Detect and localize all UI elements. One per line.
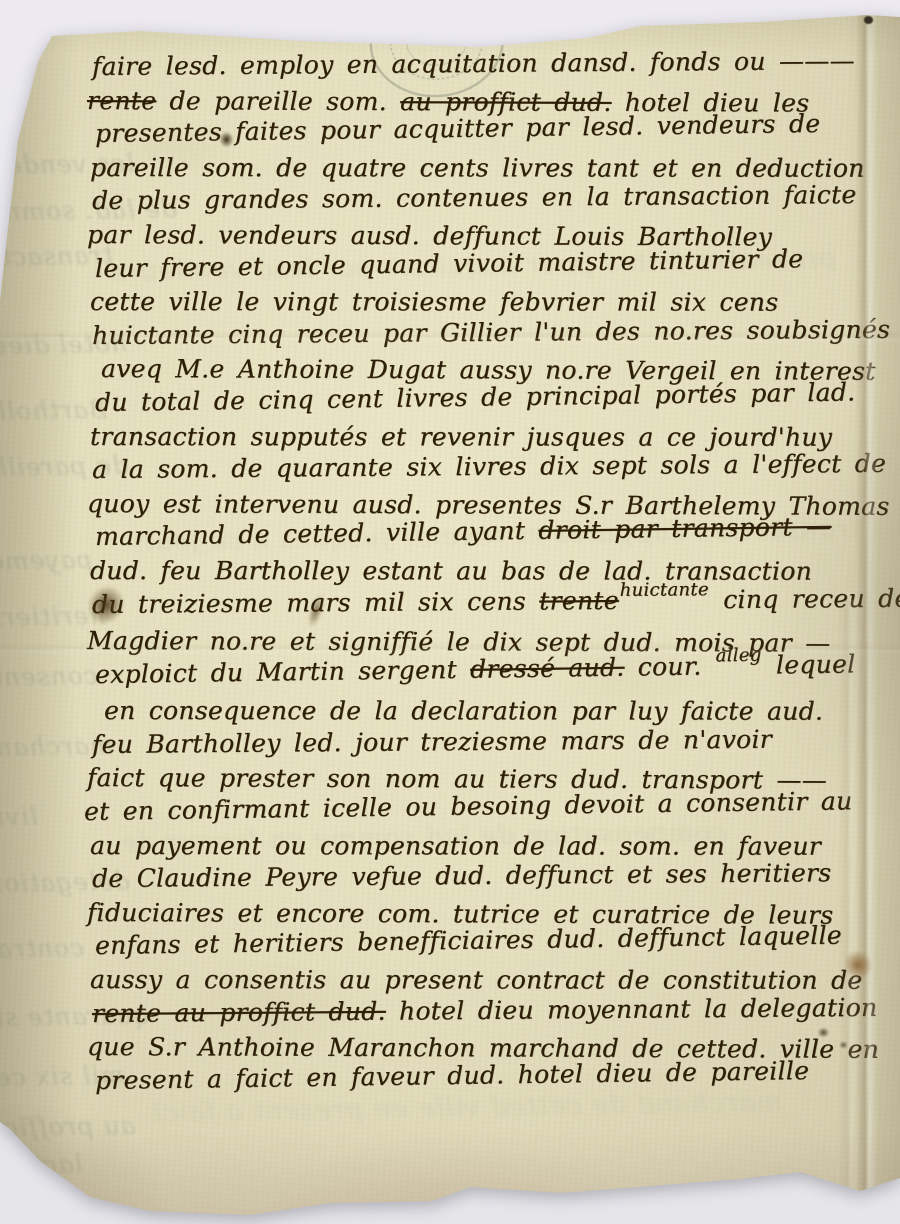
handwritten-text: marchand de cetted. ville ayant xyxy=(95,516,539,551)
text-block: faire lesd. employ en acquitation dansd.… xyxy=(92,50,877,1097)
bleed-through-fragment: laquelle xyxy=(0,1149,83,1180)
handwritten-text: aussy a consentis au present contract de… xyxy=(90,965,862,995)
struck-out-text: trente xyxy=(539,585,619,615)
handwritten-text: du treiziesme mars mil six cens xyxy=(92,586,539,619)
handwritten-text: huictante cinq receu par Gillier l'un de… xyxy=(92,314,890,349)
manuscript-line: de plus grandes som. contenues en la tra… xyxy=(92,178,877,218)
handwritten-text: hotel dieu moyennant la delegation xyxy=(386,992,878,1025)
handwritten-text: de pareille som. xyxy=(156,86,400,116)
manuscript-line: feu Bartholley led. jour treziesme mars … xyxy=(92,722,877,762)
handwritten-text: present a faict en faveur dud. hotel die… xyxy=(95,1056,810,1095)
handwritten-text: exploict du Martin sergent xyxy=(95,654,470,688)
handwritten-text: a la som. de quarante six livres dix sep… xyxy=(92,449,886,484)
handwritten-text: lequel xyxy=(762,649,855,679)
manuscript-line: huictante cinq receu par Gillier l'un de… xyxy=(92,313,877,353)
handwritten-text: cour. xyxy=(624,651,715,681)
bleed-through-fragment: contract xyxy=(0,933,84,964)
bleed-through-fragment: payement xyxy=(0,545,93,576)
handwritten-text: au payement ou compensation de lad. som.… xyxy=(90,831,821,861)
manuscript-line: du treiziesme mars mil six cens trentehu… xyxy=(92,581,877,624)
interlinear-insertion: huictante xyxy=(620,579,709,601)
handwritten-text: transaction supputés et revenir jusques … xyxy=(90,422,832,452)
handwritten-text: en consequence de la declaration par luy… xyxy=(104,696,823,726)
struck-out-text: droit par transport — xyxy=(538,512,831,545)
struck-out-text: dressé aud. xyxy=(470,652,625,683)
struck-out-text: rente xyxy=(87,86,156,115)
handwritten-text: de Claudine Peyre vefue dud. deffunct et… xyxy=(92,858,832,893)
handwritten-text: faire lesd. employ en acquitation dansd.… xyxy=(92,46,855,81)
manuscript-line: rente au proffict dud. hotel dieu moyenn… xyxy=(92,990,877,1030)
handwritten-text: presentes faites pour acquitter par lesd… xyxy=(95,109,821,148)
handwritten-text: cette ville le vingt troisiesme febvrier… xyxy=(90,287,778,317)
manuscript-page: les vendeursde lad. sommetransactionhote… xyxy=(0,0,900,1224)
handwritten-text: de plus grandes som. contenues en la tra… xyxy=(92,180,857,215)
handwritten-text: feu Bartholley led. jour treziesme mars … xyxy=(92,725,772,759)
manuscript-photo: les vendeursde lad. sommetransactionhote… xyxy=(0,0,900,1224)
manuscript-line: de Claudine Peyre vefue dud. deffunct et… xyxy=(92,856,877,896)
bleed-through-fragment: au proffict xyxy=(0,1111,136,1143)
photo-backdrop: { "document": { "kind": "handwritten man… xyxy=(0,0,900,1224)
manuscript-line: a la som. de quarante six livres dix sep… xyxy=(92,447,877,487)
struck-out-text: rente au proffict dud. xyxy=(92,996,386,1027)
interlinear-insertion: alleg xyxy=(715,644,761,666)
handwritten-text: enfans et heritiers benefficiaires dud. … xyxy=(95,921,842,960)
manuscript-line: faire lesd. employ en acquitation dansd.… xyxy=(92,44,877,84)
handwritten-text: cinq receu de xyxy=(710,583,900,614)
bleed-through-fragment: livres xyxy=(0,801,38,831)
ink-smudge xyxy=(864,16,873,24)
bleed-through-fragment: consentir xyxy=(0,661,98,692)
